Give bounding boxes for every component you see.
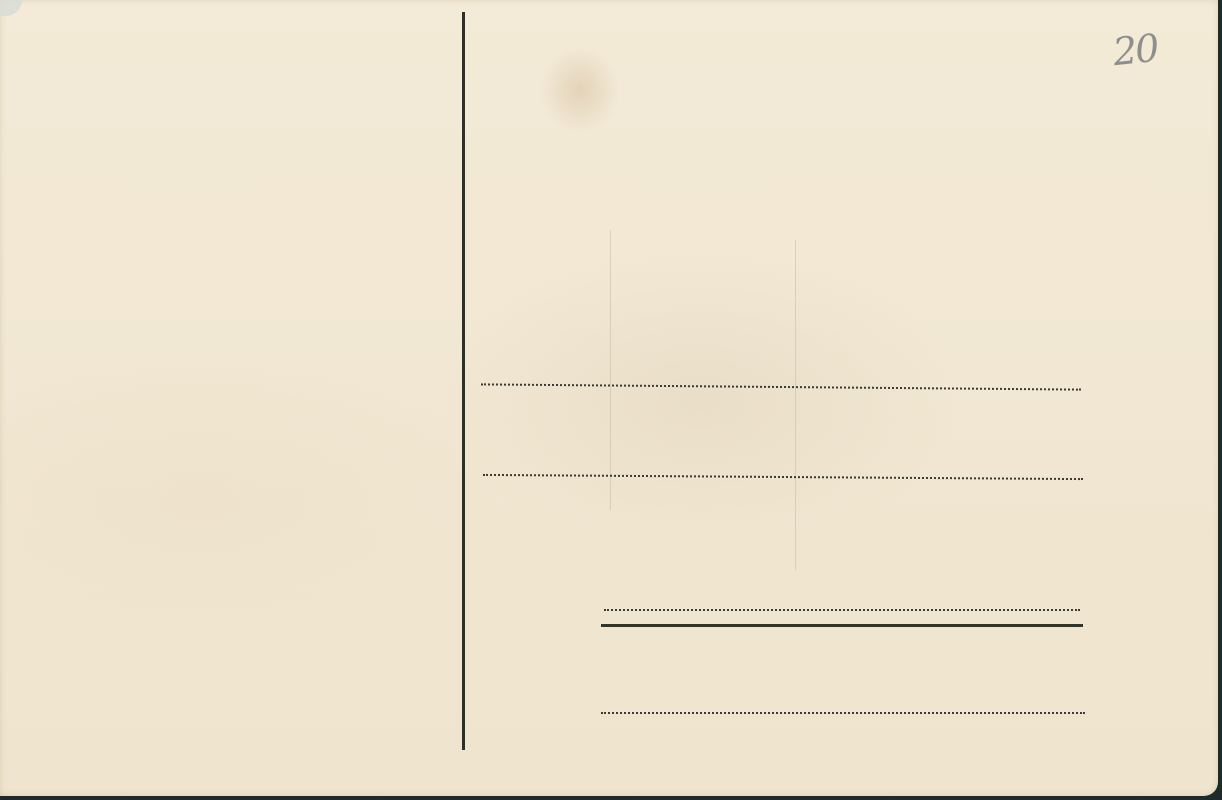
address-line-2 [483,474,1083,480]
address-line-4 [601,712,1085,714]
show-through-mark [610,230,611,510]
message-address-divider [462,12,465,750]
address-line-1 [481,383,1081,390]
worn-corner [0,0,22,16]
address-line-3 [604,609,1080,611]
pencil-number-annotation: 20 [1111,26,1160,74]
show-through-mark [795,240,796,570]
postcard-back: 20 [0,0,1218,796]
address-underline-rule [601,624,1083,627]
